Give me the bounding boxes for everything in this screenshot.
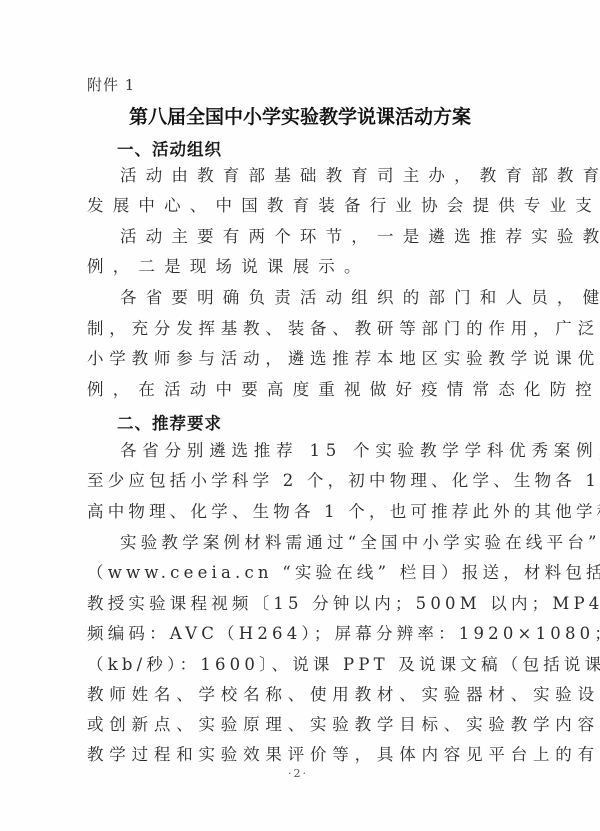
paragraph-line: 各省分别遴选推荐 15 个实验教学学科优秀案例，其中 (120, 441, 540, 461)
paragraph-line: 例，在活动中要高度重视做好疫情常态化防控工作。 (87, 380, 507, 400)
paragraph-line: 例，二是现场说课展示。 (87, 257, 507, 277)
attachment-label: 附件 1 (87, 74, 135, 95)
paragraph-line: 实验教学案例材料需通过“全国中小学实验在线平台” (120, 533, 540, 553)
document-title: 第八届全国中小学实验教学说课活动方案 (0, 102, 600, 129)
paragraph-line: 高中物理、化学、生物各 1 个，也可推荐此外的其他学科。 (87, 502, 507, 522)
page-number: ·2· (288, 767, 308, 780)
section-heading-organization: 一、活动组织 (117, 136, 222, 160)
paragraph-line: 至少应包括小学科学 2 个，初中物理、化学、生物各 1 个， (87, 471, 507, 491)
paragraph-line: 各省要明确负责活动组织的部门和人员，健全工作机 (120, 288, 540, 308)
paragraph-line: 教授实验课程视频〔15 分钟以内；500M 以内；MP4 格式；视 (87, 594, 507, 614)
paragraph-line: 教学过程和实验效果评价等，具体内容见平台上的有关说 (87, 745, 507, 765)
paragraph-line: 教师姓名、学校名称、使用教材、实验器材、实验设计思路 (87, 685, 507, 705)
document-page: 附件 1 第八届全国中小学实验教学说课活动方案 一、活动组织 活动由教育部基础教… (0, 0, 600, 831)
paragraph-line: 制，充分发挥基教、装备、教研等部门的作用，广泛动员中 (87, 319, 507, 339)
paragraph-line: 活动由教育部基础教育司主办，教育部教育装备研究与 (120, 166, 540, 186)
paragraph-line: （kb/秒）：1600〕、说课 PPT 及说课文稿（包括说课题目、 (87, 655, 507, 675)
paragraph-line: （www.ceeia.cn “实验在线” 栏目）报送，材料包括：教师 (87, 563, 507, 583)
paragraph-line: 活动主要有两个环节，一是遴选推荐实验教学说课案 (120, 227, 540, 247)
paragraph-line: 或创新点、实验原理、实验教学目标、实验教学内容、实验 (87, 715, 507, 735)
paragraph-line: 频编码：AVC（H264）；屏幕分辨率：1920×1080；比特率 (87, 624, 507, 644)
paragraph-line: 发展中心、中国教育装备行业协会提供专业支持。 (87, 196, 507, 216)
paragraph-line: 小学教师参与活动，遴选推荐本地区实验教学说课优秀案 (87, 349, 507, 369)
section-heading-requirements: 二、推荐要求 (117, 410, 222, 434)
